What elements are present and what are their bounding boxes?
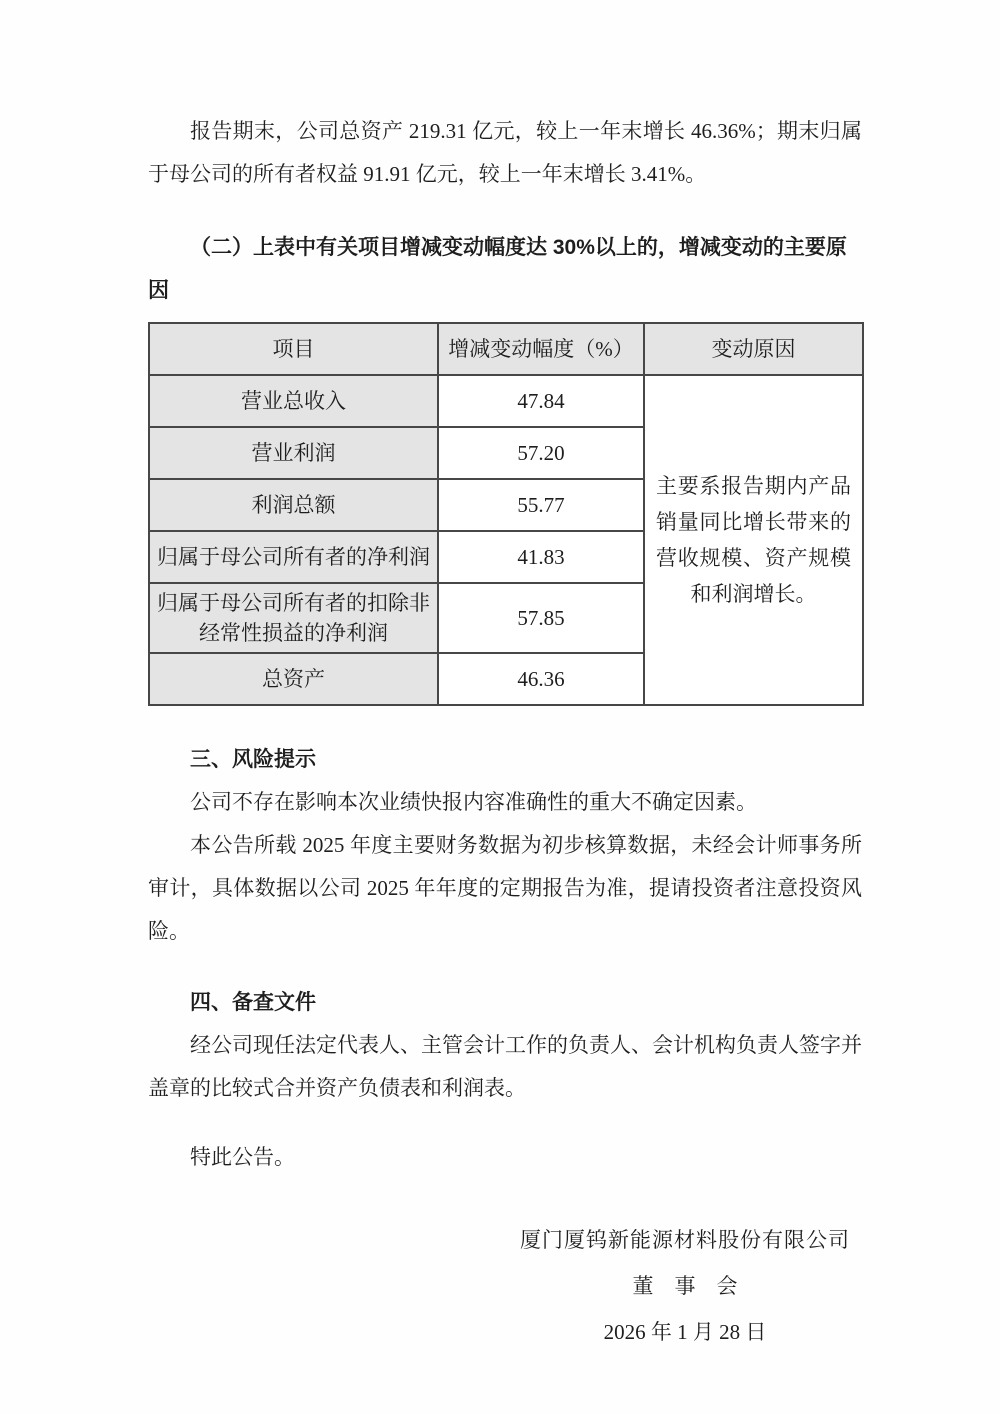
announcement-line: 特此公告。: [148, 1136, 862, 1179]
section-documents-heading: 四、备查文件: [148, 981, 862, 1024]
company-name: 厦门厦钨新能源材料股份有限公司: [520, 1217, 850, 1263]
intro-paragraph: 报告期末，公司总资产 219.31 亿元，较上一年末增长 46.36%；期末归属…: [148, 110, 862, 196]
row-item-label: 营业总收入: [149, 375, 438, 427]
row-item-label: 总资产: [149, 653, 438, 705]
header-reason: 变动原因: [644, 323, 863, 375]
risk-paragraph-1: 公司不存在影响本次业绩快报内容准确性的重大不确定因素。: [148, 781, 862, 824]
announcement-date: 2026 年 1 月 28 日: [520, 1309, 850, 1355]
header-change: 增减变动幅度（%）: [438, 323, 644, 375]
row-change-value: 57.85: [438, 583, 644, 653]
row-item-label: 归属于母公司所有者的净利润: [149, 531, 438, 583]
row-change-value: 41.83: [438, 531, 644, 583]
row-change-value: 57.20: [438, 427, 644, 479]
announcement-page: 报告期末，公司总资产 219.31 亿元，较上一年末增长 46.36%；期末归属…: [0, 0, 1000, 1414]
table-row: 营业总收入 47.84 主要系报告期内产品销量同比增长带来的营收规模、资产规模和…: [149, 375, 863, 427]
row-item-label: 利润总额: [149, 479, 438, 531]
change-reason-table: 项目 增减变动幅度（%） 变动原因 营业总收入 47.84 主要系报告期内产品销…: [148, 322, 864, 706]
row-change-value: 46.36: [438, 653, 644, 705]
documents-paragraph: 经公司现任法定代表人、主管会计工作的负责人、会计机构负责人签字并盖章的比较式合并…: [148, 1024, 862, 1110]
signature-block: 厦门厦钨新能源材料股份有限公司 董 事 会 2026 年 1 月 28 日: [520, 1217, 850, 1355]
row-change-value: 47.84: [438, 375, 644, 427]
board-of-directors: 董 事 会: [520, 1263, 850, 1309]
section-risk-heading: 三、风险提示: [148, 738, 862, 781]
section-reasons-heading: （二）上表中有关项目增减变动幅度达 30%以上的，增减变动的主要原因: [148, 226, 862, 312]
reason-merged-cell: 主要系报告期内产品销量同比增长带来的营收规模、资产规模和利润增长。: [644, 375, 863, 705]
risk-paragraph-2: 本公告所载 2025 年度主要财务数据为初步核算数据，未经会计师事务所审计，具体…: [148, 824, 862, 953]
header-item: 项目: [149, 323, 438, 375]
reason-text: 主要系报告期内产品销量同比增长带来的营收规模、资产规模和利润增长。: [656, 468, 851, 612]
row-change-value: 55.77: [438, 479, 644, 531]
page-content: 报告期末，公司总资产 219.31 亿元，较上一年末增长 46.36%；期末归属…: [148, 0, 862, 1355]
row-item-label: 归属于母公司所有者的扣除非经常性损益的净利润: [149, 583, 438, 653]
row-item-label: 营业利润: [149, 427, 438, 479]
table-header-row: 项目 增减变动幅度（%） 变动原因: [149, 323, 863, 375]
